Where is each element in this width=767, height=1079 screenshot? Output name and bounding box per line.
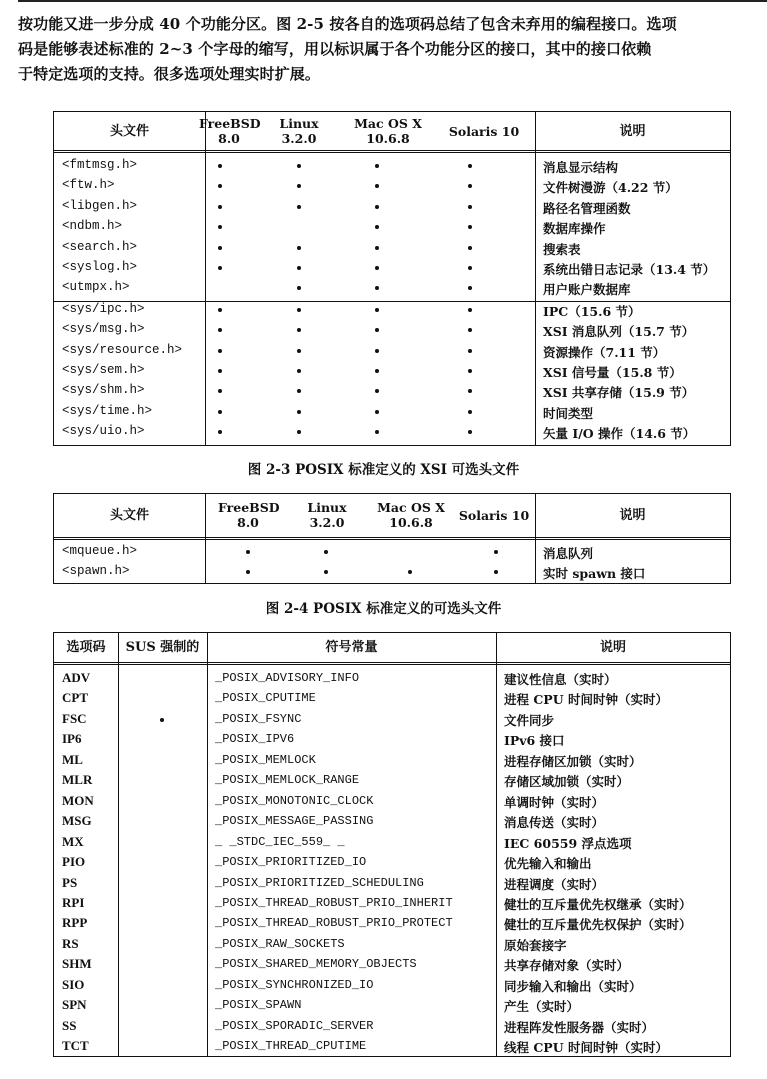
header-file-name: <fmtmsg.h> bbox=[62, 158, 137, 172]
header-file-name: <sys/time.h> bbox=[62, 404, 152, 418]
description-text: 消息队列 bbox=[543, 544, 593, 562]
support-dot-solaris bbox=[468, 286, 472, 290]
header-linux: Linux 3.2.0 bbox=[276, 116, 322, 146]
description-text: 产生（实时） bbox=[504, 997, 579, 1015]
description-text: 同步输入和输出（实时） bbox=[504, 977, 642, 995]
support-dot-linux bbox=[297, 164, 301, 168]
table-row: MLR_POSIX_MEMLOCK_RANGE存储区域加锁（实时） bbox=[54, 771, 730, 791]
support-dot-linux bbox=[297, 328, 301, 332]
support-dot-macosx bbox=[375, 349, 379, 353]
table-row: <sys/msg.h>XSI 消息队列（15.7 节） bbox=[54, 320, 730, 340]
header-file-name: <sys/ipc.h> bbox=[62, 302, 145, 316]
support-dot-linux bbox=[324, 570, 328, 574]
header-solaris: Solaris 10 bbox=[434, 124, 534, 139]
support-dot-solaris bbox=[468, 410, 472, 414]
table-row: <ftw.h>文件树漫游（4.22 节） bbox=[54, 176, 730, 196]
support-dot-solaris bbox=[468, 164, 472, 168]
table-row: RPP_POSIX_THREAD_ROBUST_PRIO_PROTECT健壮的互… bbox=[54, 914, 730, 934]
support-dot-solaris bbox=[468, 430, 472, 434]
header-file-name: <sys/uio.h> bbox=[62, 424, 145, 438]
option-code: IP6 bbox=[62, 731, 82, 747]
table-row: SHM_POSIX_SHARED_MEMORY_OBJECTS共享存储对象（实时… bbox=[54, 955, 730, 975]
support-dot-macosx bbox=[375, 205, 379, 209]
support-dot-freebsd bbox=[218, 369, 222, 373]
support-dot-macosx bbox=[375, 246, 379, 250]
table-row: <utmpx.h>用户账户数据库 bbox=[54, 278, 730, 298]
option-code: PS bbox=[62, 875, 77, 891]
support-dot-linux bbox=[297, 430, 301, 434]
support-dot-macosx bbox=[375, 308, 379, 312]
option-code: PIO bbox=[62, 854, 85, 870]
table-row: <syslog.h>系统出错日志记录（13.4 节） bbox=[54, 258, 730, 278]
header-freebsd: FreeBSD 8.0 bbox=[218, 500, 278, 530]
support-dot-solaris bbox=[468, 369, 472, 373]
header-option-code: 选项码 bbox=[54, 640, 118, 655]
description-text: 建议性信息（实时） bbox=[504, 670, 617, 688]
symbolic-constant: _POSIX_THREAD_ROBUST_PRIO_PROTECT bbox=[215, 916, 453, 930]
header-header-file: 头文件 bbox=[54, 508, 205, 523]
header-description: 说明 bbox=[535, 508, 730, 523]
table-row: <ndbm.h>数据库操作 bbox=[54, 217, 730, 237]
table-row: <sys/shm.h>XSI 共享存储（15.9 节） bbox=[54, 381, 730, 401]
description-text: 时间类型 bbox=[543, 404, 593, 422]
description-text: XSI 信号量（15.8 节） bbox=[543, 363, 682, 381]
support-dot-solaris bbox=[468, 205, 472, 209]
table-row: TCT_POSIX_THREAD_CPUTIME线程 CPU 时间时钟（实时） bbox=[54, 1037, 730, 1057]
option-code: ADV bbox=[62, 670, 90, 686]
option-code: FSC bbox=[62, 711, 87, 727]
header-file-name: <sys/sem.h> bbox=[62, 363, 145, 377]
description-text: 进程调度（实时） bbox=[504, 875, 604, 893]
symbolic-constant: _POSIX_MEMLOCK bbox=[215, 753, 316, 767]
description-text: 实时 spawn 接口 bbox=[543, 564, 645, 582]
header-file-name: <spawn.h> bbox=[62, 564, 130, 578]
option-code: RPP bbox=[62, 915, 87, 931]
table-row: SPN_POSIX_SPAWN产生（实时） bbox=[54, 996, 730, 1016]
table-row: <libgen.h>路径名管理函数 bbox=[54, 197, 730, 217]
table-posix-option-codes: 选项码 SUS 强制的 符号常量 说明 ADV_POSIX_ADVISORY_I… bbox=[53, 632, 731, 1057]
description-text: 进程 CPU 时间时钟（实时） bbox=[504, 690, 668, 708]
description-text: 优先输入和输出 bbox=[504, 854, 592, 872]
table-optional-headers: 头文件 FreeBSD 8.0 Linux 3.2.0 Mac OS X 10.… bbox=[53, 493, 731, 584]
support-dot-freebsd bbox=[218, 328, 222, 332]
support-dot-linux bbox=[297, 369, 301, 373]
option-code: MLR bbox=[62, 772, 92, 788]
description-text: XSI 消息队列（15.7 节） bbox=[543, 322, 694, 340]
support-dot-linux bbox=[324, 550, 328, 554]
support-dot-macosx bbox=[375, 369, 379, 373]
table-row: <sys/ipc.h>IPC（15.6 节） bbox=[54, 300, 730, 320]
symbolic-constant: _POSIX_MESSAGE_PASSING bbox=[215, 814, 373, 828]
support-dot-freebsd bbox=[246, 570, 250, 574]
support-dot-linux bbox=[297, 389, 301, 393]
table-row: <spawn.h>实时 spawn 接口 bbox=[54, 563, 730, 583]
intro-line: 码是能够表述标准的 2~3 个字母的缩写，用以标识属于各个功能分区的接口，其中的… bbox=[18, 37, 758, 62]
table-row: SS_POSIX_SPORADIC_SERVER进程阵发性服务器（实时） bbox=[54, 1017, 730, 1037]
table-row: ADV_POSIX_ADVISORY_INFO建议性信息（实时） bbox=[54, 669, 730, 689]
option-code: SHM bbox=[62, 956, 92, 972]
header-linux: Linux 3.2.0 bbox=[304, 500, 350, 530]
option-code: TCT bbox=[62, 1038, 89, 1054]
description-text: IPv6 接口 bbox=[504, 731, 565, 749]
symbolic-constant: _POSIX_PRIORITIZED_SCHEDULING bbox=[215, 876, 424, 890]
support-dot-solaris bbox=[468, 308, 472, 312]
table-xsi-optional-headers: 头文件 FreeBSD 8.0 Linux 3.2.0 Mac OS X 10.… bbox=[53, 111, 731, 446]
symbolic-constant: _POSIX_SPAWN bbox=[215, 998, 301, 1012]
symbolic-constant: _POSIX_SPORADIC_SERVER bbox=[215, 1019, 373, 1033]
description-text: 文件同步 bbox=[504, 711, 554, 729]
table-row: PS_POSIX_PRIORITIZED_SCHEDULING进程调度（实时） bbox=[54, 874, 730, 894]
symbolic-constant: _POSIX_THREAD_CPUTIME bbox=[215, 1039, 366, 1053]
table-row: <sys/uio.h>矢量 I/O 操作（14.6 节） bbox=[54, 422, 730, 442]
description-text: 共享存储对象（实时） bbox=[504, 956, 629, 974]
header-description: 说明 bbox=[535, 124, 730, 139]
symbolic-constant: _POSIX_SYNCHRONIZED_IO bbox=[215, 978, 373, 992]
table-row: MSG_POSIX_MESSAGE_PASSING消息传送（实时） bbox=[54, 812, 730, 832]
description-text: 矢量 I/O 操作（14.6 节） bbox=[543, 424, 695, 442]
support-dot-freebsd bbox=[218, 410, 222, 414]
symbolic-constant: _POSIX_FSYNC bbox=[215, 712, 301, 726]
table-row: <search.h>搜索表 bbox=[54, 238, 730, 258]
description-text: 资源操作（7.11 节） bbox=[543, 343, 665, 361]
support-dot-macosx bbox=[408, 570, 412, 574]
table-row: PIO_POSIX_PRIORITIZED_IO优先输入和输出 bbox=[54, 853, 730, 873]
header-file-name: <mqueue.h> bbox=[62, 544, 137, 558]
symbolic-constant: _POSIX_MEMLOCK_RANGE bbox=[215, 773, 359, 787]
figure-2-4-caption: 图 2-4 POSIX 标准定义的可选头文件 bbox=[0, 597, 767, 617]
header-description: 说明 bbox=[496, 640, 730, 655]
sus-mandatory-dot bbox=[160, 718, 164, 722]
description-text: 进程阵发性服务器（实时） bbox=[504, 1018, 654, 1036]
header-file-name: <ndbm.h> bbox=[62, 219, 122, 233]
support-dot-macosx bbox=[375, 266, 379, 270]
header-file-name: <libgen.h> bbox=[62, 199, 137, 213]
table-row: RPI_POSIX_THREAD_ROBUST_PRIO_INHERIT健壮的互… bbox=[54, 894, 730, 914]
table-row: IP6_POSIX_IPV6IPv6 接口 bbox=[54, 730, 730, 750]
support-dot-linux bbox=[297, 286, 301, 290]
description-text: 进程存储区加锁（实时） bbox=[504, 752, 642, 770]
support-dot-solaris bbox=[468, 184, 472, 188]
header-file-name: <syslog.h> bbox=[62, 260, 137, 274]
support-dot-linux bbox=[297, 266, 301, 270]
table-row: <fmtmsg.h>消息显示结构 bbox=[54, 156, 730, 176]
table-row: CPT_POSIX_CPUTIME进程 CPU 时间时钟（实时） bbox=[54, 689, 730, 709]
option-code: MSG bbox=[62, 813, 92, 829]
option-code: MX bbox=[62, 834, 84, 850]
support-dot-freebsd bbox=[218, 389, 222, 393]
intro-paragraph: 按功能又进一步分成 40 个功能分区。图 2-5 按各自的选项码总结了包含未弃用… bbox=[18, 12, 758, 87]
support-dot-solaris bbox=[468, 246, 472, 250]
symbolic-constant: _POSIX_RAW_SOCKETS bbox=[215, 937, 345, 951]
support-dot-linux bbox=[297, 184, 301, 188]
support-dot-linux bbox=[297, 308, 301, 312]
symbolic-constant: _POSIX_SHARED_MEMORY_OBJECTS bbox=[215, 957, 417, 971]
option-code: SPN bbox=[62, 997, 87, 1013]
support-dot-linux bbox=[297, 349, 301, 353]
symbolic-constant: _POSIX_THREAD_ROBUST_PRIO_INHERIT bbox=[215, 896, 453, 910]
support-dot-freebsd bbox=[218, 164, 222, 168]
description-text: 路径名管理函数 bbox=[543, 199, 631, 217]
support-dot-solaris bbox=[468, 266, 472, 270]
support-dot-linux bbox=[297, 246, 301, 250]
support-dot-freebsd bbox=[218, 225, 222, 229]
table-row: MX_ _STDC_IEC_559_ _IEC 60559 浮点选项 bbox=[54, 833, 730, 853]
option-code: RS bbox=[62, 936, 79, 952]
header-header-file: 头文件 bbox=[54, 124, 205, 139]
option-code: CPT bbox=[62, 690, 88, 706]
table-row: ML_POSIX_MEMLOCK进程存储区加锁（实时） bbox=[54, 751, 730, 771]
option-code: RPI bbox=[62, 895, 84, 911]
page-top-rule bbox=[18, 0, 767, 2]
support-dot-macosx bbox=[375, 410, 379, 414]
description-text: 线程 CPU 时间时钟（实时） bbox=[504, 1038, 668, 1056]
support-dot-freebsd bbox=[218, 266, 222, 270]
header-file-name: <ftw.h> bbox=[62, 178, 115, 192]
support-dot-solaris bbox=[468, 328, 472, 332]
description-text: XSI 共享存储（15.9 节） bbox=[543, 383, 694, 401]
table-row: FSC_POSIX_FSYNC文件同步 bbox=[54, 710, 730, 730]
symbolic-constant: _POSIX_MONOTONIC_CLOCK bbox=[215, 794, 373, 808]
support-dot-macosx bbox=[375, 286, 379, 290]
symbolic-constant: _POSIX_PRIORITIZED_IO bbox=[215, 855, 366, 869]
description-text: 搜索表 bbox=[543, 240, 581, 258]
support-dot-macosx bbox=[375, 225, 379, 229]
header-file-name: <sys/shm.h> bbox=[62, 383, 145, 397]
description-text: 用户账户数据库 bbox=[543, 280, 631, 298]
header-macosx: Mac OS X 10.6.8 bbox=[349, 116, 427, 146]
support-dot-freebsd bbox=[218, 184, 222, 188]
header-file-name: <sys/resource.h> bbox=[62, 343, 182, 357]
support-dot-freebsd bbox=[218, 205, 222, 209]
description-text: 原始套接字 bbox=[504, 936, 567, 954]
symbolic-constant: _ _STDC_IEC_559_ _ bbox=[215, 835, 345, 849]
table-row: <sys/time.h>时间类型 bbox=[54, 402, 730, 422]
header-file-name: <utmpx.h> bbox=[62, 280, 130, 294]
description-text: 消息传送（实时） bbox=[504, 813, 604, 831]
header-solaris: Solaris 10 bbox=[454, 508, 534, 523]
support-dot-macosx bbox=[375, 430, 379, 434]
description-text: 存储区域加锁（实时） bbox=[504, 772, 629, 790]
header-macosx: Mac OS X 10.6.8 bbox=[372, 500, 450, 530]
table-row: SIO_POSIX_SYNCHRONIZED_IO同步输入和输出（实时） bbox=[54, 976, 730, 996]
support-dot-macosx bbox=[375, 184, 379, 188]
support-dot-solaris bbox=[468, 349, 472, 353]
intro-line: 按功能又进一步分成 40 个功能分区。图 2-5 按各自的选项码总结了包含未弃用… bbox=[18, 12, 758, 37]
description-text: IPC（15.6 节） bbox=[543, 302, 641, 320]
figure-2-3-caption: 图 2-3 POSIX 标准定义的 XSI 可选头文件 bbox=[0, 458, 767, 478]
table-row: <sys/resource.h>资源操作（7.11 节） bbox=[54, 341, 730, 361]
support-dot-linux bbox=[297, 410, 301, 414]
symbolic-constant: _POSIX_ADVISORY_INFO bbox=[215, 671, 359, 685]
support-dot-linux bbox=[297, 205, 301, 209]
symbolic-constant: _POSIX_CPUTIME bbox=[215, 691, 316, 705]
symbolic-constant: _POSIX_IPV6 bbox=[215, 732, 294, 746]
support-dot-solaris bbox=[468, 389, 472, 393]
table-row: <sys/sem.h>XSI 信号量（15.8 节） bbox=[54, 361, 730, 381]
header-file-name: <sys/msg.h> bbox=[62, 322, 145, 336]
support-dot-freebsd bbox=[218, 308, 222, 312]
support-dot-macosx bbox=[375, 164, 379, 168]
option-code: MON bbox=[62, 793, 94, 809]
option-code: ML bbox=[62, 752, 83, 768]
header-sus-mandatory: SUS 强制的 bbox=[118, 640, 207, 655]
description-text: 单调时钟（实时） bbox=[504, 793, 604, 811]
header-symbolic-constant: 符号常量 bbox=[207, 640, 496, 655]
support-dot-macosx bbox=[375, 389, 379, 393]
option-code: SS bbox=[62, 1018, 76, 1034]
description-text: IEC 60559 浮点选项 bbox=[504, 834, 632, 852]
support-dot-freebsd bbox=[218, 349, 222, 353]
description-text: 健壮的互斥量优先权继承（实时） bbox=[504, 895, 692, 913]
option-code: SIO bbox=[62, 977, 84, 993]
support-dot-solaris bbox=[494, 550, 498, 554]
support-dot-freebsd bbox=[218, 430, 222, 434]
header-freebsd: FreeBSD 8.0 bbox=[199, 116, 259, 146]
table-row: MON_POSIX_MONOTONIC_CLOCK单调时钟（实时） bbox=[54, 792, 730, 812]
description-text: 文件树漫游（4.22 节） bbox=[543, 178, 678, 196]
table-row: RS_POSIX_RAW_SOCKETS原始套接字 bbox=[54, 935, 730, 955]
support-dot-freebsd bbox=[246, 550, 250, 554]
description-text: 数据库操作 bbox=[543, 219, 606, 237]
support-dot-solaris bbox=[494, 570, 498, 574]
header-file-name: <search.h> bbox=[62, 240, 137, 254]
support-dot-freebsd bbox=[218, 246, 222, 250]
description-text: 消息显示结构 bbox=[543, 158, 618, 176]
intro-line: 于特定选项的支持。很多选项处理实时扩展。 bbox=[18, 62, 758, 87]
description-text: 系统出错日志记录（13.4 节） bbox=[543, 260, 715, 278]
description-text: 健壮的互斥量优先权保护（实时） bbox=[504, 915, 692, 933]
table-row: <mqueue.h>消息队列 bbox=[54, 543, 730, 563]
support-dot-solaris bbox=[468, 225, 472, 229]
support-dot-macosx bbox=[375, 328, 379, 332]
